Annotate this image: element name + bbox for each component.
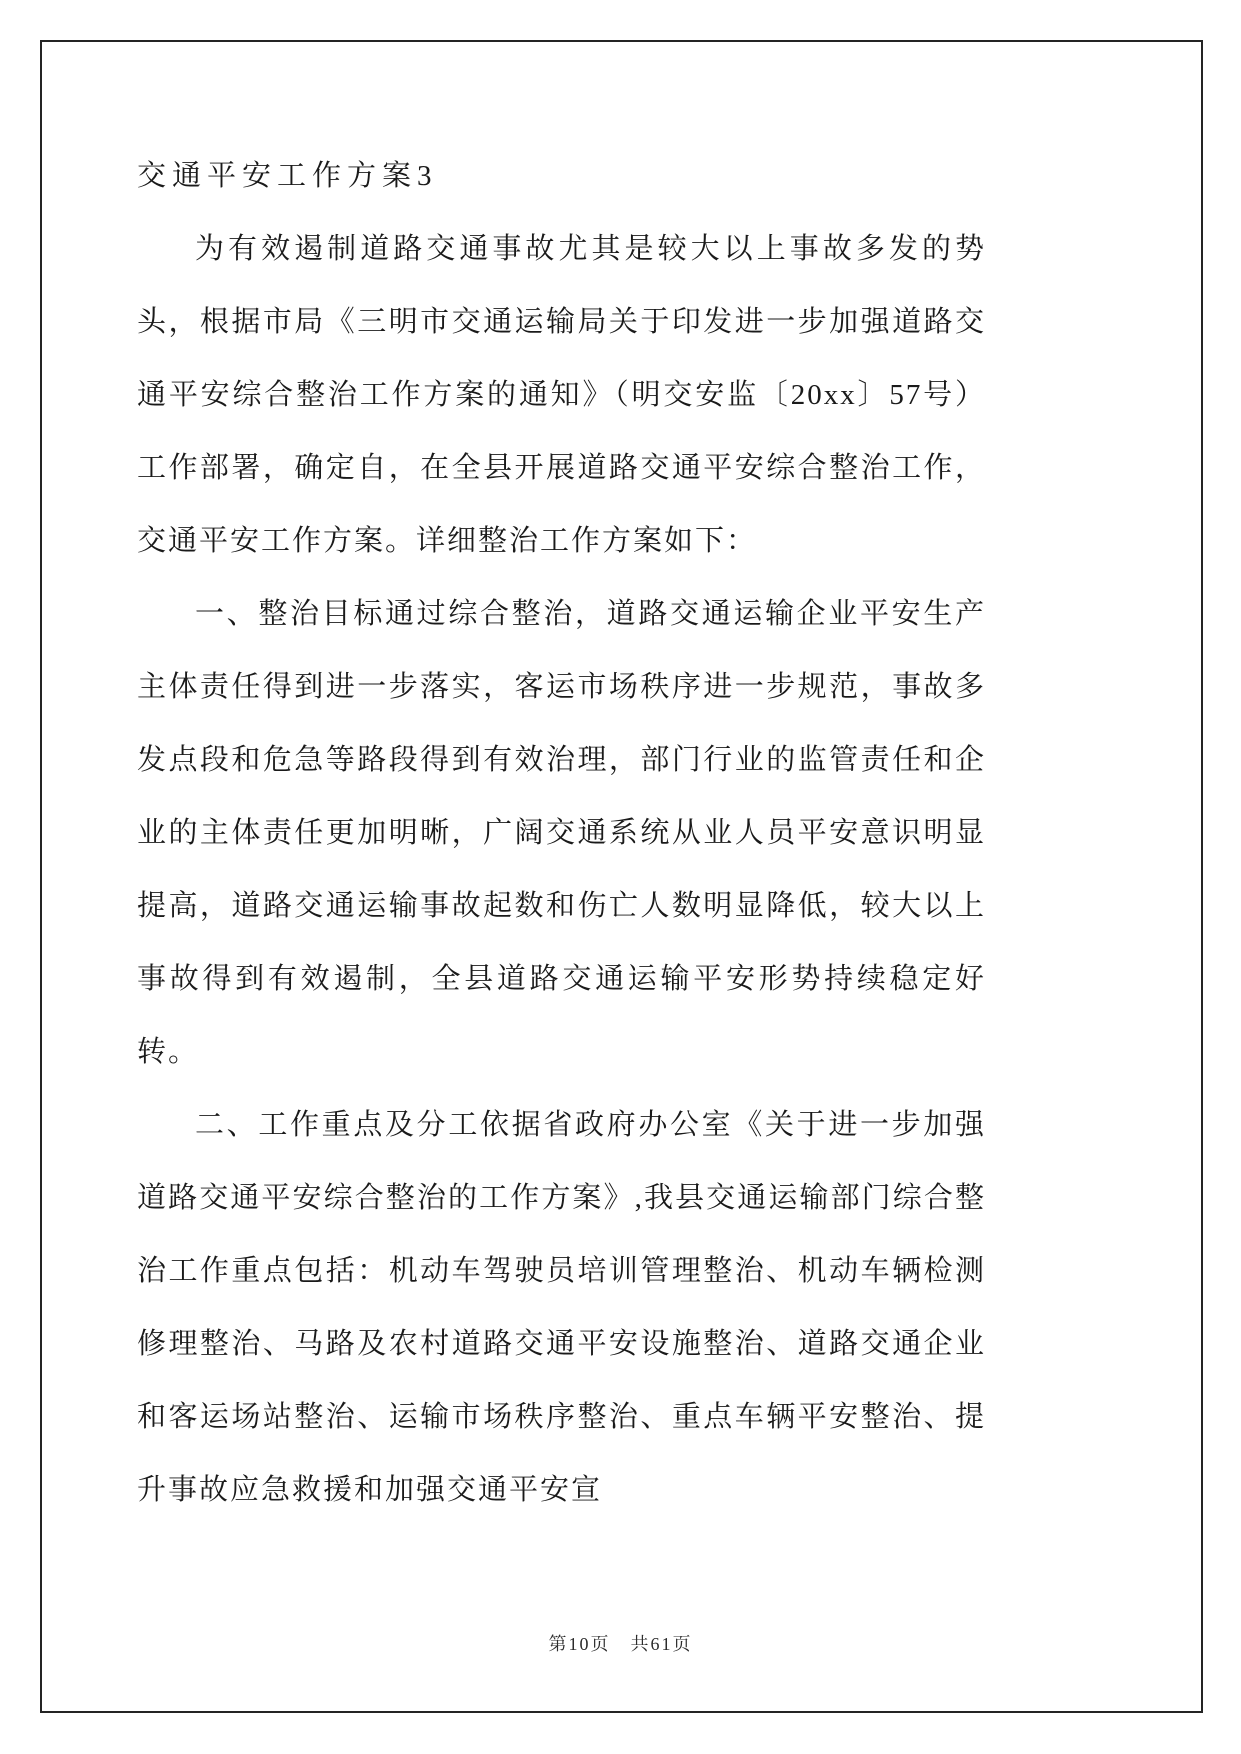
document-title: 交通平安工作方案3 <box>137 140 986 213</box>
paragraph-list: 为有效遏制道路交通事故尤其是较大以上事故多发的势头，根据市局《三明市交通运输局关… <box>137 213 986 1527</box>
paragraph: 为有效遏制道路交通事故尤其是较大以上事故多发的势头，根据市局《三明市交通运输局关… <box>137 213 986 578</box>
document-body: 交通平安工作方案3 为有效遏制道路交通事故尤其是较大以上事故多发的势头，根据市局… <box>137 140 986 1527</box>
page-number-footer: 第10页 共61页 <box>0 1630 1241 1656</box>
paragraph: 一、整治目标通过综合整治，道路交通运输企业平安生产主体责任得到进一步落实，客运市… <box>137 578 986 1089</box>
paragraph: 二、工作重点及分工依据省政府办公室《关于进一步加强道路交通平安综合整治的工作方案… <box>137 1089 986 1527</box>
